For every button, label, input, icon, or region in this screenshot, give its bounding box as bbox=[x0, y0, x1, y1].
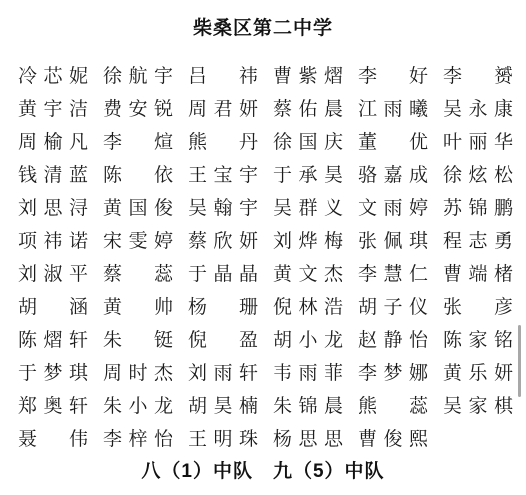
page-title: 柴桑区第二中学 bbox=[0, 0, 526, 40]
roster-name: 吕祎 bbox=[188, 67, 258, 87]
roster-name: 刘淑平 bbox=[18, 265, 88, 285]
roster-name: 于晶晶 bbox=[188, 265, 258, 285]
roster-name: 徐国庆 bbox=[273, 133, 343, 153]
roster-name: 吴翰宇 bbox=[188, 199, 258, 219]
roster-name: 李慧仁 bbox=[358, 265, 428, 285]
roster-name: 刘雨轩 bbox=[188, 364, 258, 384]
roster-name: 黄宇洁 bbox=[18, 100, 88, 120]
roster-name: 黄乐妍 bbox=[443, 364, 513, 384]
roster-name: 李好 bbox=[358, 67, 428, 87]
roster-name: 徐航宇 bbox=[103, 67, 173, 87]
roster-name: 陈家铭 bbox=[443, 331, 513, 351]
roster-name: 朱铤 bbox=[103, 331, 173, 351]
roster-name: 张佩琪 bbox=[358, 232, 428, 252]
roster-name: 倪盈 bbox=[188, 331, 258, 351]
roster-name: 董优 bbox=[358, 133, 428, 153]
roster-name: 黄国俊 bbox=[103, 199, 173, 219]
roster-name: 李煊 bbox=[103, 133, 173, 153]
roster-name: 蔡欣妍 bbox=[188, 232, 258, 252]
roster-name: 熊蕊 bbox=[358, 397, 428, 417]
roster-name: 叶丽华 bbox=[443, 133, 513, 153]
roster-name: 蔡蕊 bbox=[103, 265, 173, 285]
roster-name: 曹紫熠 bbox=[273, 67, 343, 87]
roster-name: 赵静怡 bbox=[358, 331, 428, 351]
roster-name: 李梦娜 bbox=[358, 364, 428, 384]
roster-name: 周榆凡 bbox=[18, 133, 88, 153]
roster-name: 陈依 bbox=[103, 166, 173, 186]
roster-name: 王宝宇 bbox=[188, 166, 258, 186]
roster-name: 刘思浔 bbox=[18, 199, 88, 219]
roster-name: 倪林浩 bbox=[273, 298, 343, 318]
roster-name: 项祎诺 bbox=[18, 232, 88, 252]
roster-name: 黄帅 bbox=[103, 298, 173, 318]
roster-name: 胡小龙 bbox=[273, 331, 343, 351]
roster-name: 聂伟 bbox=[18, 430, 88, 450]
roster-name: 杨思思 bbox=[273, 430, 343, 450]
document-page: 柴桑区第二中学 冷芯妮徐航宇吕祎曹紫熠李好李赟黄宇洁费安锐周君妍蔡佑晨江雨曦吴永… bbox=[0, 0, 526, 495]
roster-name: 吴群义 bbox=[273, 199, 343, 219]
roster-name: 骆嘉成 bbox=[358, 166, 428, 186]
roster-name: 徐炫松 bbox=[443, 166, 513, 186]
roster-name: 文雨婷 bbox=[358, 199, 428, 219]
roster-name: 程志勇 bbox=[443, 232, 513, 252]
roster-name: 熊丹 bbox=[188, 133, 258, 153]
roster-name: 王明珠 bbox=[188, 430, 258, 450]
roster-name: 吴家棋 bbox=[443, 397, 513, 417]
roster-name: 曹俊熙 bbox=[358, 430, 428, 450]
roster-name: 胡涵 bbox=[18, 298, 88, 318]
roster-grid: 冷芯妮徐航宇吕祎曹紫熠李好李赟黄宇洁费安锐周君妍蔡佑晨江雨曦吴永康周榆凡李煊熊丹… bbox=[18, 67, 526, 450]
roster-name: 周时杰 bbox=[103, 364, 173, 384]
scrollbar-thumb[interactable] bbox=[518, 325, 521, 397]
roster-name: 宋雯婷 bbox=[103, 232, 173, 252]
roster-name: 吴永康 bbox=[443, 100, 513, 120]
roster-name: 李赟 bbox=[443, 67, 513, 87]
roster-name: 陈熠轩 bbox=[18, 331, 88, 351]
roster-name: 冷芯妮 bbox=[18, 67, 88, 87]
roster-name: 费安锐 bbox=[103, 100, 173, 120]
roster-name: 苏锦鹏 bbox=[443, 199, 513, 219]
roster-name: 韦雨菲 bbox=[273, 364, 343, 384]
roster-name: 杨珊 bbox=[188, 298, 258, 318]
roster-name: 张彦 bbox=[443, 298, 513, 318]
roster-name: 曹端楮 bbox=[443, 265, 513, 285]
roster-name: 郑奥轩 bbox=[18, 397, 88, 417]
roster-name: 于梦琪 bbox=[18, 364, 88, 384]
roster-name: 钱清蓝 bbox=[18, 166, 88, 186]
footer-text: 八（1）中队 九（5）中队 bbox=[0, 456, 526, 483]
roster-name: 周君妍 bbox=[188, 100, 258, 120]
roster-name: 朱锦晨 bbox=[273, 397, 343, 417]
roster-name: 刘烨梅 bbox=[273, 232, 343, 252]
roster-name: 李梓怡 bbox=[103, 430, 173, 450]
roster-name: 于承昊 bbox=[273, 166, 343, 186]
roster-name: 朱小龙 bbox=[103, 397, 173, 417]
roster-name: 江雨曦 bbox=[358, 100, 428, 120]
roster-name: 胡子仪 bbox=[358, 298, 428, 318]
roster-name: 蔡佑晨 bbox=[273, 100, 343, 120]
roster-name: 胡昊楠 bbox=[188, 397, 258, 417]
roster-name: 黄文杰 bbox=[273, 265, 343, 285]
